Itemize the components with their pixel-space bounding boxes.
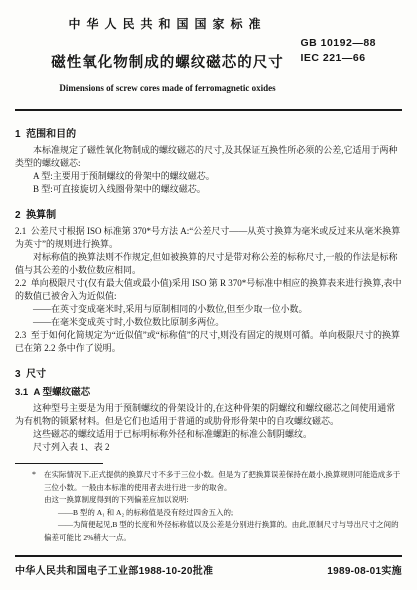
section-1-item-b: B 型:可直接旋切入线圈骨架中的螺纹磁芯。 [15, 183, 402, 196]
section-1-paragraph: 本标准规定了磁性氧化物制成的螺纹磁芯的尺寸,及其保证互换性所必须的公差,它适用于… [15, 144, 402, 170]
footnote-dash-1: ——B 型的 A₁ 和 A₂ 的标称值是没有经过四舍五入的; [44, 507, 402, 520]
section-2-heading: 2 换算制 [15, 206, 402, 221]
national-standard-label: 中华人民共和国国家标准 [15, 15, 320, 32]
footnote-asterisk: * [32, 469, 36, 482]
clause-2-1: 2.1 公差尺寸根据 ISO 标准第 370*号方法 A:“公差尺寸——从英寸换… [15, 225, 402, 251]
footnote-divider [15, 463, 103, 464]
section-1-item-a: A 型:主要用于预制螺纹的骨架中的螺纹磁芯。 [15, 170, 402, 183]
clause-3-1-heading: 3.1 A 型螺纹磁芯 [15, 384, 402, 398]
approval-note: 中华人民共和国电子工业部1988-10-20批准 [15, 562, 213, 577]
clause-2-2-dash-1: ——在英寸变成毫米时,采用与原制相同的小数位,但至少取一位小数。 [15, 303, 402, 316]
clause-3-1-paragraph-2: 这些磁芯的螺纹适用于已标明标称外径和标准螺距的标准公制阴螺纹。 [15, 428, 402, 441]
section-3-dimensions: 3 尺寸 3.1 A 型螺纹磁芯 这种型号主要是为用于预制螺纹的骨架设计的,在这… [15, 355, 402, 454]
footnote: * 在实际情况下,正式提供的换算尺寸不多于三位小数。但是为了把换算误差保持在最小… [15, 469, 402, 544]
header-divider [15, 109, 402, 111]
clause-3-1-paragraph-3: 尺寸列入表 1、表 2 [15, 441, 402, 454]
clause-2-1-note: 对标称值的换算法则不作规定,但如被换算的尺寸是带对称公差的标称尺寸,一般的作法是… [15, 251, 402, 277]
footnote-paragraph-1: 在实际情况下,正式提供的换算尺寸不多于三位小数。但是为了把换算误差保持在最小,换… [44, 469, 402, 494]
clause-3-1-paragraph-1: 这种型号主要是为用于预制螺纹的骨架设计的,在这种骨架的阴螺纹和螺纹磁芯之间使用通… [15, 402, 402, 428]
document-header: 中华人民共和国国家标准 GB 10192—88 IEC 221—66 磁性氧化物… [15, 0, 402, 111]
document-footer: 中华人民共和国电子工业部1988-10-20批准 1989-08-01实施 [15, 555, 402, 577]
code-iec: IEC 221—66 [300, 51, 376, 66]
document-title-en: Dimensions of screw cores made of ferrom… [15, 83, 320, 93]
section-3-heading: 3 尺寸 [15, 365, 402, 380]
footnote-block: * 在实际情况下,正式提供的换算尺寸不多于三位小数。但是为了把换算误差保持在最小… [15, 463, 402, 544]
clause-2-2-dash-2: ——在毫米变成英寸时,小数位数比原制多两位。 [15, 316, 402, 329]
document-title-cn: 磁性氧化物制成的螺纹磁芯的尺寸 [15, 51, 320, 72]
section-1-scope: 1 范围和目的 本标准规定了磁性氧化物制成的螺纹磁芯的尺寸,及其保证互换性所必须… [15, 111, 402, 196]
section-1-heading: 1 范围和目的 [15, 125, 402, 140]
footnote-paragraph-2: 由这一换算制度得到的下列偏差应加以说明: [44, 494, 402, 507]
clause-2-3: 2.3 至于如何化简规定为“近似值”或“标称值”的尺寸,则没有固定的规则可循。单… [15, 329, 402, 355]
footnote-dash-2: ——为简便起见,B 型的长度和外径标称值以及公差是分别进行换算的。由此,原制尺寸… [44, 519, 402, 544]
implementation-date: 1989-08-01实施 [327, 562, 402, 577]
standard-codes: GB 10192—88 IEC 221—66 [300, 36, 376, 66]
code-gb: GB 10192—88 [300, 36, 376, 51]
section-2-conversion: 2 换算制 2.1 公差尺寸根据 ISO 标准第 370*号方法 A:“公差尺寸… [15, 196, 402, 355]
document-page: 中华人民共和国国家标准 GB 10192—88 IEC 221—66 磁性氧化物… [0, 0, 417, 590]
clause-2-2: 2.2 单向极限尺寸(仅有最大值或最小值)采用 ISO 第 R 370*号标准中… [15, 277, 402, 303]
